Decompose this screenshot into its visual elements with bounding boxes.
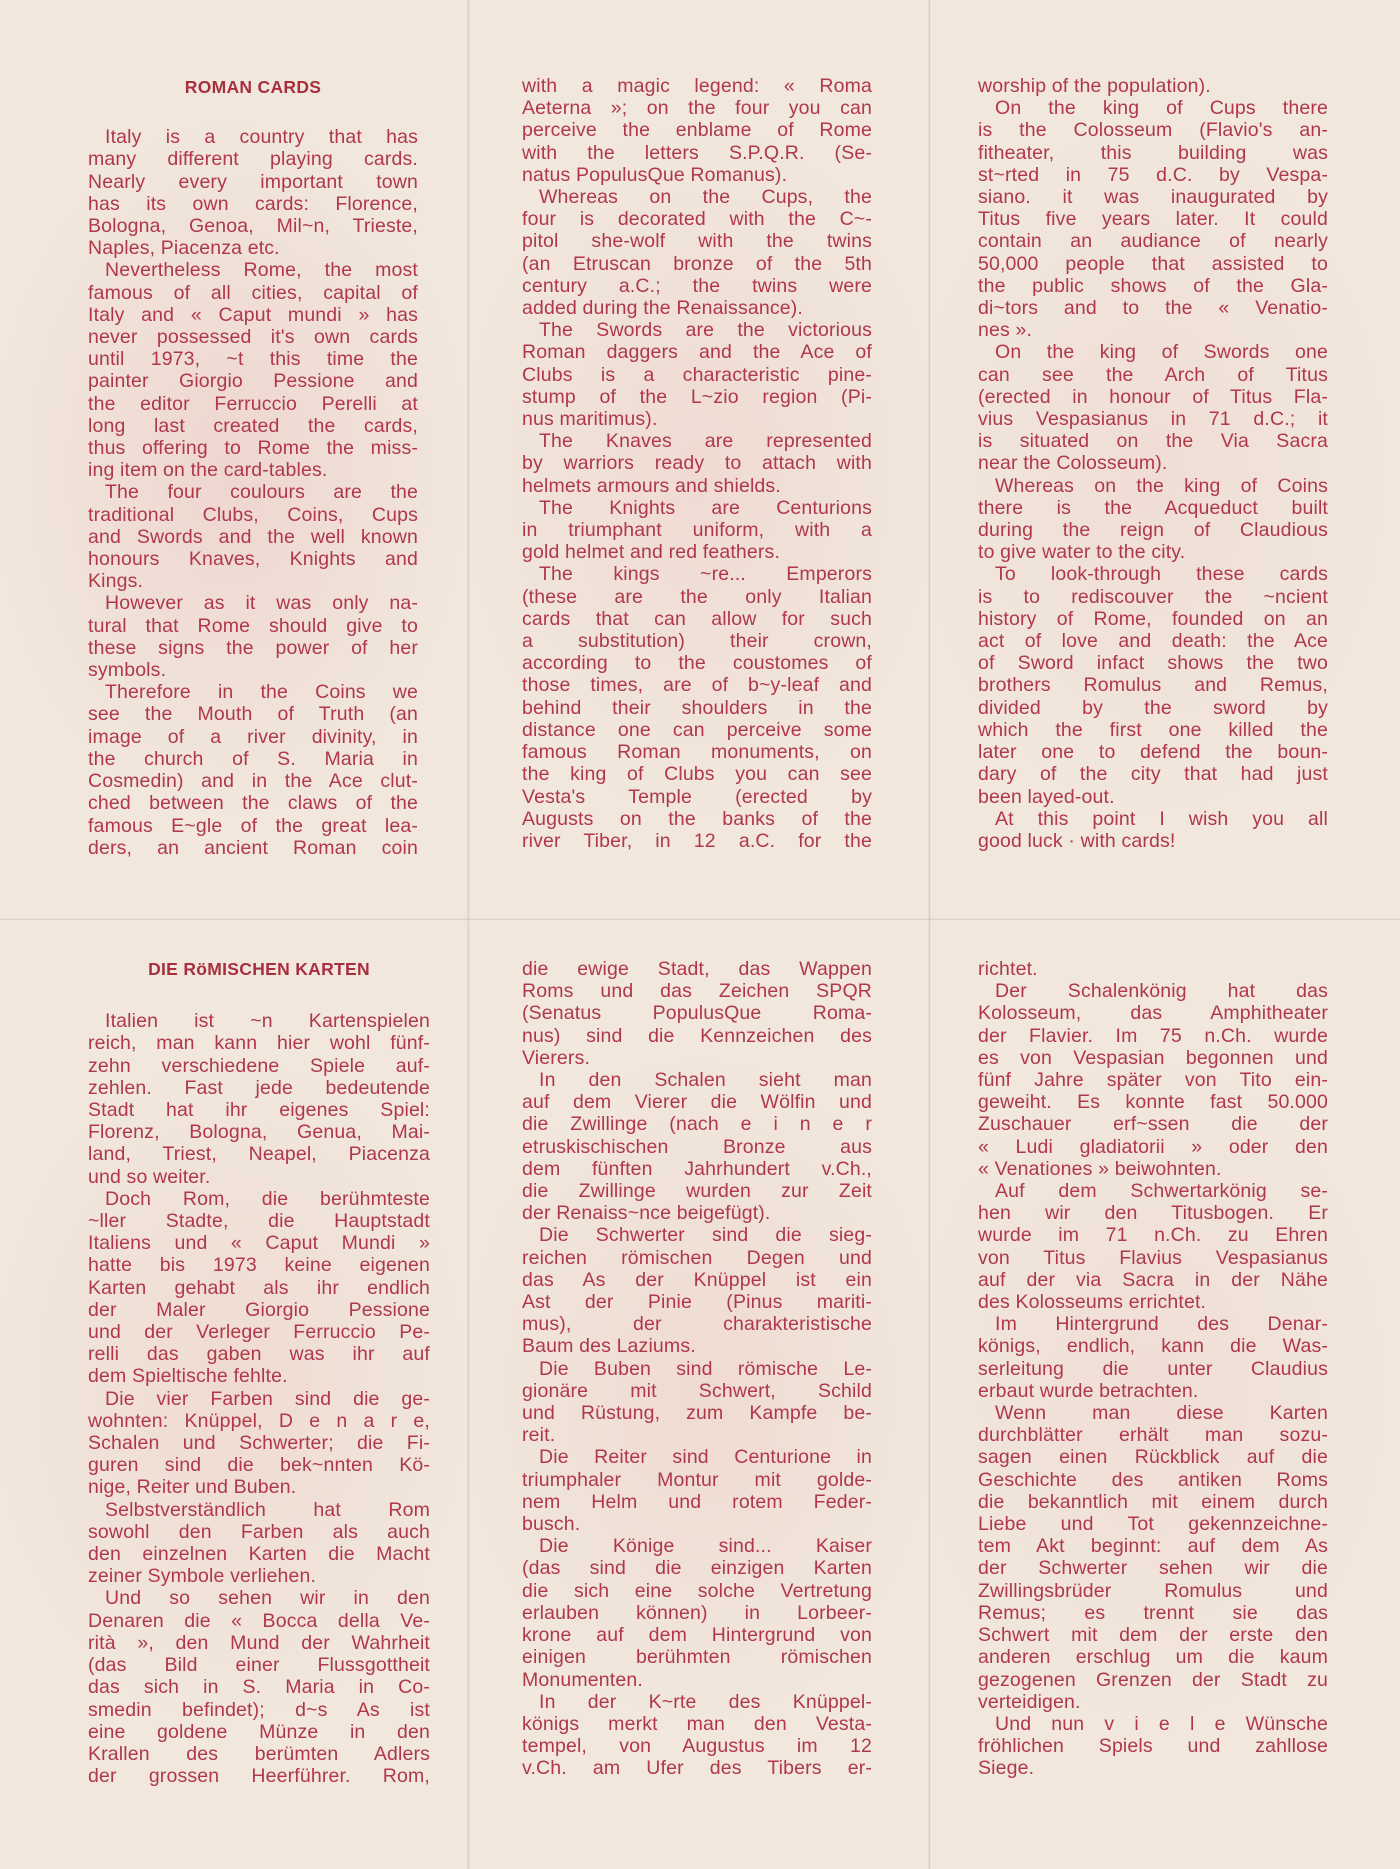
text-line: hen wir den Titusbogen. Er bbox=[978, 1202, 1328, 1224]
text-line: und Rüstung, zum Kampfe be- bbox=[522, 1402, 872, 1424]
text-line: In der K~rte des Knüppel- bbox=[522, 1691, 872, 1713]
german-column-1: DIE RöMISCHEN KARTEN Italien ist ~n Kart… bbox=[88, 958, 430, 1787]
text-line: sowohl den Farben als auch bbox=[88, 1521, 430, 1543]
text-line: Nevertheless Rome, the most bbox=[88, 259, 418, 281]
text-line: die Zwillinge (nach e i n e r bbox=[522, 1113, 872, 1135]
text-line: Und nun v i e l e Wünsche bbox=[978, 1713, 1328, 1735]
text-line: been layed-out. bbox=[978, 786, 1328, 808]
text-line: verteidigen. bbox=[978, 1691, 1328, 1713]
text-line: der Renaiss~nce beigefügt). bbox=[522, 1202, 872, 1224]
text-line: Die Schwerter sind die sieg- bbox=[522, 1224, 872, 1246]
text-line: behind their shoulders in the bbox=[522, 697, 872, 719]
text-line: four is decorated with the C~- bbox=[522, 208, 872, 230]
text-line: by warriors ready to attach with bbox=[522, 452, 872, 474]
fold-line-horizontal bbox=[0, 918, 1400, 921]
fold-line-vertical-right bbox=[928, 0, 931, 1869]
text-line: Vierers. bbox=[522, 1047, 872, 1069]
text-line: Nearly every important town bbox=[88, 171, 418, 193]
text-line: königs, endlich, kann die Was- bbox=[978, 1335, 1328, 1357]
text-line: fünf Jahre später von Tito ein- bbox=[978, 1069, 1328, 1091]
text-line: erbaut wurde betrachten. bbox=[978, 1380, 1328, 1402]
text-line: later one to defend the boun- bbox=[978, 741, 1328, 763]
text-line: never possessed it's own cards bbox=[88, 326, 418, 348]
text-line: the public shows of the Gla- bbox=[978, 275, 1328, 297]
text-line: Aeterna »; on the four you can bbox=[522, 97, 872, 119]
text-line: Die Reiter sind Centurione in bbox=[522, 1446, 872, 1468]
text-line: v.Ch. am Ufer des Tibers er- bbox=[522, 1757, 872, 1779]
text-line: reich, man kann hier wohl fünf- bbox=[88, 1032, 430, 1054]
text-line: siano. it was inaugurated by bbox=[978, 186, 1328, 208]
text-line: perceive the enblame of Rome bbox=[522, 119, 872, 141]
text-line: und der Verleger Ferruccio Pe- bbox=[88, 1321, 430, 1343]
text-line: königs merkt man den Vesta- bbox=[522, 1713, 872, 1735]
text-line: has its own cards: Florence, bbox=[88, 193, 418, 215]
text-line: To look-through these cards bbox=[978, 563, 1328, 585]
text-line: busch. bbox=[522, 1513, 872, 1535]
text-line: der Maler Giorgio Pessione bbox=[88, 1299, 430, 1321]
text-line: symbols. bbox=[88, 659, 418, 681]
text-line: 50,000 people that assisted to bbox=[978, 253, 1328, 275]
text-line: image of a river divinity, in bbox=[88, 726, 418, 748]
text-line: Denaren die « Bocca della Ve- bbox=[88, 1610, 430, 1632]
text-line: die Zwillinge wurden zur Zeit bbox=[522, 1180, 872, 1202]
text-line: famous of all cities, capital of bbox=[88, 282, 418, 304]
text-line: see the Mouth of Truth (an bbox=[88, 703, 418, 725]
text-line: which the first one killed the bbox=[978, 719, 1328, 741]
german-column-3-text: richtet.Der Schalenkönig hat dasKolosseu… bbox=[978, 958, 1328, 1780]
text-line: natus PopulusQue Romanus). bbox=[522, 164, 872, 186]
text-line: den einzelnen Karten die Macht bbox=[88, 1543, 430, 1565]
text-line: das sich in S. Maria in Co- bbox=[88, 1676, 430, 1698]
fold-line-vertical-left bbox=[467, 0, 470, 1869]
text-line: Roms und das Zeichen SPQR bbox=[522, 980, 872, 1002]
text-line: gezogenen Grenzen der Stadt zu bbox=[978, 1669, 1328, 1691]
text-line: a substitution) their crown, bbox=[522, 630, 872, 652]
text-line: von Titus Flavius Vespasianus bbox=[978, 1247, 1328, 1269]
text-line: until 1973, ~t this time the bbox=[88, 348, 418, 370]
text-line: erlauben können) in Lorbeer- bbox=[522, 1602, 872, 1624]
english-column-1-text: Italy is a country that hasmany differen… bbox=[88, 126, 418, 859]
text-line: Zuschauer erf~ssen die der bbox=[978, 1113, 1328, 1135]
text-line: distance one can perceive some bbox=[522, 719, 872, 741]
text-line: The four coulours are the bbox=[88, 481, 418, 503]
text-line: krone auf dem Hintergrund von bbox=[522, 1624, 872, 1646]
text-line: gold helmet and red feathers. bbox=[522, 541, 872, 563]
text-line: Titus five years later. It could bbox=[978, 208, 1328, 230]
text-line: is to rediscouver the ~ncient bbox=[978, 586, 1328, 608]
text-line: Zwillingsbrüder Romulus und bbox=[978, 1580, 1328, 1602]
english-column-3: worship of the population).On the king o… bbox=[978, 75, 1328, 852]
text-line: Krallen des berümten Adlers bbox=[88, 1743, 430, 1765]
text-line: during the reign of Claudious bbox=[978, 519, 1328, 541]
text-line: (these are the only Italian bbox=[522, 586, 872, 608]
text-line: das As der Knüppel ist ein bbox=[522, 1269, 872, 1291]
text-line: der grossen Heerführer. Rom, bbox=[88, 1765, 430, 1787]
text-line: Selbstverständlich hat Rom bbox=[88, 1499, 430, 1521]
text-line: Monumenten. bbox=[522, 1669, 872, 1691]
text-line: richtet. bbox=[978, 958, 1328, 980]
text-line: Roman daggers and the Ace of bbox=[522, 341, 872, 363]
text-line: The Knights are Centurions bbox=[522, 497, 872, 519]
text-line: according to the coustomes of bbox=[522, 652, 872, 674]
text-line: Die Könige sind... Kaiser bbox=[522, 1535, 872, 1557]
text-line: Die vier Farben sind die ge- bbox=[88, 1388, 430, 1410]
text-line: century a.C.; the twins were bbox=[522, 275, 872, 297]
text-line: honours Knaves, Knights and bbox=[88, 548, 418, 570]
text-line: At this point I wish you all bbox=[978, 808, 1328, 830]
text-line: reit. bbox=[522, 1424, 872, 1446]
text-line: auf der via Sacra in der Nähe bbox=[978, 1269, 1328, 1291]
text-line: wohnten: Knüppel, D e n a r e, bbox=[88, 1410, 430, 1432]
text-line: Baum des Laziums. bbox=[522, 1335, 872, 1357]
text-line: gionäre mit Schwert, Schild bbox=[522, 1380, 872, 1402]
text-line: nes ». bbox=[978, 319, 1328, 341]
german-title: DIE RöMISCHEN KARTEN bbox=[88, 958, 430, 980]
text-line: Kolosseum, das Amphitheater bbox=[978, 1002, 1328, 1024]
text-line: relli das gaben was ihr auf bbox=[88, 1343, 430, 1365]
text-line: Remus; es trennt sie das bbox=[978, 1602, 1328, 1624]
text-line: land, Triest, Neapel, Piacenza bbox=[88, 1143, 430, 1165]
text-line: Im Hintergrund des Denar- bbox=[978, 1313, 1328, 1335]
text-line: der Schwerter sehen wir die bbox=[978, 1557, 1328, 1579]
text-line: (das sind die einzigen Karten bbox=[522, 1557, 872, 1579]
text-line: Die Buben sind römische Le- bbox=[522, 1358, 872, 1380]
text-line: anderen erschlug um die kaum bbox=[978, 1646, 1328, 1668]
text-line: Und so sehen wir in den bbox=[88, 1587, 430, 1609]
text-line: geweiht. Es konnte fast 50.000 bbox=[978, 1091, 1328, 1113]
text-line: In den Schalen sieht man bbox=[522, 1069, 872, 1091]
text-line: Therefore in the Coins we bbox=[88, 681, 418, 703]
text-line: einigen berühmten römischen bbox=[522, 1646, 872, 1668]
text-line: des Kolosseums errichtet. bbox=[978, 1291, 1328, 1313]
text-line: hatte bis 1973 keine eigenen bbox=[88, 1254, 430, 1276]
text-line: nus) sind die Kennzeichen des bbox=[522, 1025, 872, 1047]
text-line: river Tiber, in 12 a.C. for the bbox=[522, 830, 872, 852]
text-line: (Senatus PopulusQue Roma- bbox=[522, 1002, 872, 1024]
text-line: of Sword infact shows the two bbox=[978, 652, 1328, 674]
text-line: Italy is a country that has bbox=[88, 126, 418, 148]
german-column-2-text: die ewige Stadt, das WappenRoms und das … bbox=[522, 958, 872, 1780]
text-line: these signs the power of her bbox=[88, 637, 418, 659]
text-line: added during the Renaissance). bbox=[522, 297, 872, 319]
text-line: die sich eine solche Vertretung bbox=[522, 1580, 872, 1602]
text-line: helmets armours and shields. bbox=[522, 475, 872, 497]
text-line: auf dem Vierer die Wölfin und bbox=[522, 1091, 872, 1113]
text-line: brothers Romulus and Remus, bbox=[978, 674, 1328, 696]
text-line: Whereas on the Cups, the bbox=[522, 186, 872, 208]
text-line: pitol she-wolf with the twins bbox=[522, 230, 872, 252]
english-column-1: ROMAN CARDS Italy is a country that hasm… bbox=[88, 76, 418, 859]
text-line: tural that Rome should give to bbox=[88, 615, 418, 637]
text-line: nige, Reiter und Buben. bbox=[88, 1476, 430, 1498]
text-line: Doch Rom, die berühmteste bbox=[88, 1188, 430, 1210]
text-line: Naples, Piacenza etc. bbox=[88, 237, 418, 259]
text-line: « Ludi gladiatorii » oder den bbox=[978, 1136, 1328, 1158]
text-line: di~tors and to the « Venatio- bbox=[978, 297, 1328, 319]
text-line: Auf dem Schwertarkönig se- bbox=[978, 1180, 1328, 1202]
folded-leaflet: ROMAN CARDS Italy is a country that hasm… bbox=[0, 0, 1400, 1869]
text-line: nem Helm und rotem Feder- bbox=[522, 1491, 872, 1513]
english-title: ROMAN CARDS bbox=[88, 76, 418, 98]
text-line: Italiens und « Caput Mundi » bbox=[88, 1232, 430, 1254]
text-line: Liebe und Tot gekennzeichne- bbox=[978, 1513, 1328, 1535]
text-line: Geschichte des antiken Roms bbox=[978, 1469, 1328, 1491]
text-line: Der Schalenkönig hat das bbox=[978, 980, 1328, 1002]
text-line: Bologna, Genoa, Mil~n, Trieste, bbox=[88, 215, 418, 237]
text-line: contain an audiance of nearly bbox=[978, 230, 1328, 252]
text-line: with a magic legend: « Roma bbox=[522, 75, 872, 97]
text-line: However as it was only na- bbox=[88, 592, 418, 614]
text-line: zehlen. Fast jede bedeutende bbox=[88, 1077, 430, 1099]
text-line: rità », den Mund der Wahrheit bbox=[88, 1632, 430, 1654]
text-line: stump of the L~zio region (Pi- bbox=[522, 386, 872, 408]
text-line: Wenn man diese Karten bbox=[978, 1402, 1328, 1424]
text-line: The kings ~re... Emperors bbox=[522, 563, 872, 585]
text-line: (an Etruscan bronze of the 5th bbox=[522, 253, 872, 275]
text-line: famous Roman monuments, on bbox=[522, 741, 872, 763]
text-line: tem Akt beginnt: auf dem As bbox=[978, 1535, 1328, 1557]
text-line: near the Colosseum). bbox=[978, 452, 1328, 474]
text-line: st~rted in 75 d.C. by Vespa- bbox=[978, 164, 1328, 186]
text-line: mus), der charakteristische bbox=[522, 1313, 872, 1335]
text-line: Cosmedin) and in the Ace clut- bbox=[88, 770, 418, 792]
text-line: and Swords and the well known bbox=[88, 526, 418, 548]
text-line: act of love and death: the Ace bbox=[978, 630, 1328, 652]
text-line: ched between the claws of the bbox=[88, 792, 418, 814]
text-line: Italy and « Caput mundi » has bbox=[88, 304, 418, 326]
text-line: dary of the city that had just bbox=[978, 763, 1328, 785]
text-line: can see the Arch of Titus bbox=[978, 364, 1328, 386]
text-line: there is the Acqueduct built bbox=[978, 497, 1328, 519]
text-line: many different playing cards. bbox=[88, 148, 418, 170]
text-line: triumphaler Montur mit golde- bbox=[522, 1469, 872, 1491]
text-line: (erected in honour of Titus Fla- bbox=[978, 386, 1328, 408]
text-line: (das Bild einer Flussgottheit bbox=[88, 1654, 430, 1676]
text-line: sagen einen Rückblick auf die bbox=[978, 1446, 1328, 1468]
text-line: Clubs is a characteristic pine- bbox=[522, 364, 872, 386]
text-line: ders, an ancient Roman coin bbox=[88, 837, 418, 859]
text-line: with the letters S.P.Q.R. (Se- bbox=[522, 142, 872, 164]
text-line: divided by the sword by bbox=[978, 697, 1328, 719]
text-line: der Flavier. Im 75 n.Ch. wurde bbox=[978, 1025, 1328, 1047]
text-line: On the king of Swords one bbox=[978, 341, 1328, 363]
english-column-3-text: worship of the population).On the king o… bbox=[978, 75, 1328, 852]
text-line: durchblätter erhält man sozu- bbox=[978, 1424, 1328, 1446]
text-line: in triumphant uniform, with a bbox=[522, 519, 872, 541]
text-line: Whereas on the king of Coins bbox=[978, 475, 1328, 497]
text-line: cards that can allow for such bbox=[522, 608, 872, 630]
text-line: und so weiter. bbox=[88, 1166, 430, 1188]
english-column-2-text: with a magic legend: « RomaAeterna »; on… bbox=[522, 75, 872, 852]
text-line: guren sind die bek~nnten Kö- bbox=[88, 1454, 430, 1476]
text-line: history of Rome, founded on an bbox=[978, 608, 1328, 630]
text-line: dem fünften Jahrhundert v.Ch., bbox=[522, 1158, 872, 1180]
text-line: Augusts on the banks of the bbox=[522, 808, 872, 830]
text-line: long last created the cards, bbox=[88, 415, 418, 437]
text-line: is the Colosseum (Flavio's an- bbox=[978, 119, 1328, 141]
text-line: On the king of Cups there bbox=[978, 97, 1328, 119]
text-line: zeiner Symbole verliehen. bbox=[88, 1565, 430, 1587]
text-line: traditional Clubs, Coins, Cups bbox=[88, 504, 418, 526]
text-line: Stadt hat ihr eigenes Spiel: bbox=[88, 1099, 430, 1121]
text-line: painter Giorgio Pessione and bbox=[88, 370, 418, 392]
text-line: is situated on the Via Sacra bbox=[978, 430, 1328, 452]
text-line: Vesta's Temple (erected by bbox=[522, 786, 872, 808]
text-line: nus maritimus). bbox=[522, 408, 872, 430]
text-line: die ewige Stadt, das Wappen bbox=[522, 958, 872, 980]
text-line: Siege. bbox=[978, 1757, 1328, 1779]
text-line: ~ller Stadte, die Hauptstadt bbox=[88, 1210, 430, 1232]
text-line: zehn verschiedene Spiele auf- bbox=[88, 1055, 430, 1077]
text-line: Italien ist ~n Kartenspielen bbox=[88, 1010, 430, 1032]
text-line: fröhlichen Spiels und zahllose bbox=[978, 1735, 1328, 1757]
text-line: smedin befindet); d~s As ist bbox=[88, 1699, 430, 1721]
text-line: the editor Ferruccio Perelli at bbox=[88, 393, 418, 415]
text-line: ing item on the card-tables. bbox=[88, 459, 418, 481]
text-line: Schwert mit dem der erste den bbox=[978, 1624, 1328, 1646]
text-line: es von Vespasian begonnen und bbox=[978, 1047, 1328, 1069]
text-line: serleitung die unter Claudius bbox=[978, 1358, 1328, 1380]
text-line: fitheater, this building was bbox=[978, 142, 1328, 164]
text-line: those times, are of b~y-leaf and bbox=[522, 674, 872, 696]
text-line: Karten gehabt als ihr endlich bbox=[88, 1277, 430, 1299]
text-line: etruskischischen Bronze aus bbox=[522, 1136, 872, 1158]
text-line: famous E~gle of the great lea- bbox=[88, 815, 418, 837]
text-line: vius Vespasianus in 71 d.C.; it bbox=[978, 408, 1328, 430]
text-line: good luck · with cards! bbox=[978, 830, 1328, 852]
text-line: thus offering to Rome the miss- bbox=[88, 437, 418, 459]
text-line: eine goldene Münze in den bbox=[88, 1721, 430, 1743]
german-column-2: die ewige Stadt, das WappenRoms und das … bbox=[522, 958, 872, 1780]
text-line: Florenz, Bologna, Genua, Mai- bbox=[88, 1121, 430, 1143]
text-line: wurde im 71 n.Ch. zu Ehren bbox=[978, 1224, 1328, 1246]
text-line: The Knaves are represented bbox=[522, 430, 872, 452]
english-column-2: with a magic legend: « RomaAeterna »; on… bbox=[522, 75, 872, 852]
text-line: Kings. bbox=[88, 570, 418, 592]
text-line: reichen römischen Degen und bbox=[522, 1247, 872, 1269]
text-line: Ast der Pinie (Pinus mariti- bbox=[522, 1291, 872, 1313]
text-line: the king of Clubs you can see bbox=[522, 763, 872, 785]
text-line: the church of S. Maria in bbox=[88, 748, 418, 770]
text-line: dem Spieltische fehlte. bbox=[88, 1365, 430, 1387]
german-column-1-text: Italien ist ~n Kartenspielenreich, man k… bbox=[88, 1010, 430, 1787]
text-line: « Venationes » beiwohnten. bbox=[978, 1158, 1328, 1180]
text-line: worship of the population). bbox=[978, 75, 1328, 97]
text-line: Schalen und Schwerter; die Fi- bbox=[88, 1432, 430, 1454]
text-line: die bekanntlich mit einem durch bbox=[978, 1491, 1328, 1513]
german-column-3: richtet.Der Schalenkönig hat dasKolosseu… bbox=[978, 958, 1328, 1780]
text-line: The Swords are the victorious bbox=[522, 319, 872, 341]
text-line: to give water to the city. bbox=[978, 541, 1328, 563]
text-line: tempel, von Augustus im 12 bbox=[522, 1735, 872, 1757]
